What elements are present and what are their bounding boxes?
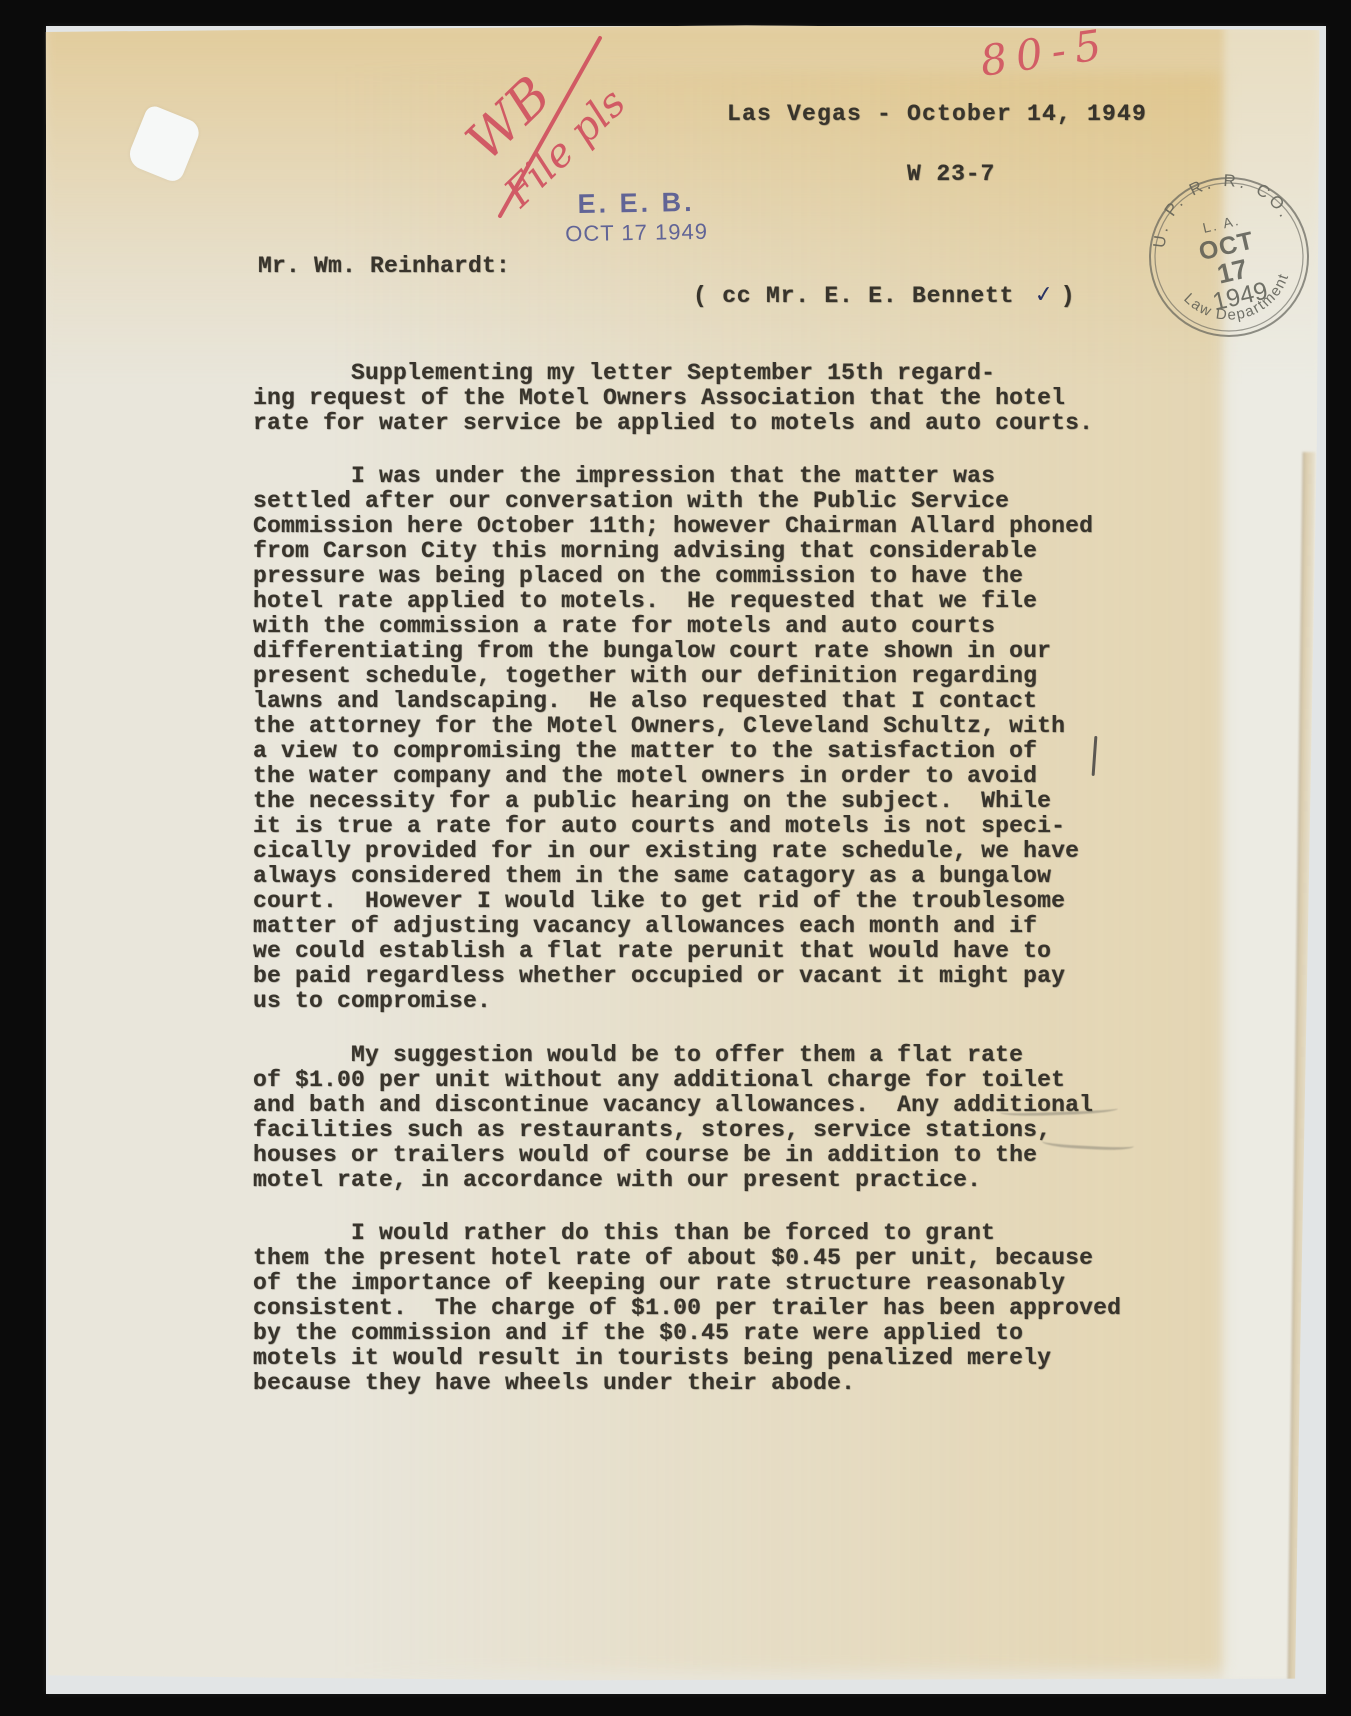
reference-number: W 23-7 [907, 162, 995, 187]
dateline: Las Vegas - October 14, 1949 [727, 102, 1147, 127]
paragraph-4: I would rather do this than be forced to… [253, 1221, 1173, 1396]
red-file-code: 80-5 [977, 19, 1113, 86]
check-mark: ✓ [1035, 282, 1054, 309]
paragraph-3: My suggestion would be to offer them a f… [253, 1043, 1173, 1193]
paragraph-1: Supplementing my letter September 15th r… [253, 361, 1173, 436]
round-date-stamp: U. P. R. R. CO. Law Department L. A. OCT… [1134, 162, 1324, 352]
cc-line: ( cc Mr. E. E. Bennett✓) [693, 283, 1075, 309]
received-stamp: E. E. B. OCT 17 1949 [565, 187, 709, 247]
received-stamp-initials: E. E. B. [565, 187, 708, 220]
cc-text: ( cc Mr. E. E. Bennett [693, 283, 1014, 309]
paragraph-2: I was under the impression that the matt… [253, 464, 1173, 1014]
salutation: Mr. Wm. Reinhardt: [258, 254, 510, 279]
received-stamp-date: OCT 17 1949 [565, 219, 708, 247]
paper-damage-patch [125, 103, 203, 184]
scanned-letter-canvas: WB File pls 80-5 Las Vegas - October 14,… [0, 0, 1351, 1716]
letter-page: WB File pls 80-5 Las Vegas - October 14,… [42, 22, 1322, 1682]
cc-close-paren: ) [1061, 283, 1076, 309]
